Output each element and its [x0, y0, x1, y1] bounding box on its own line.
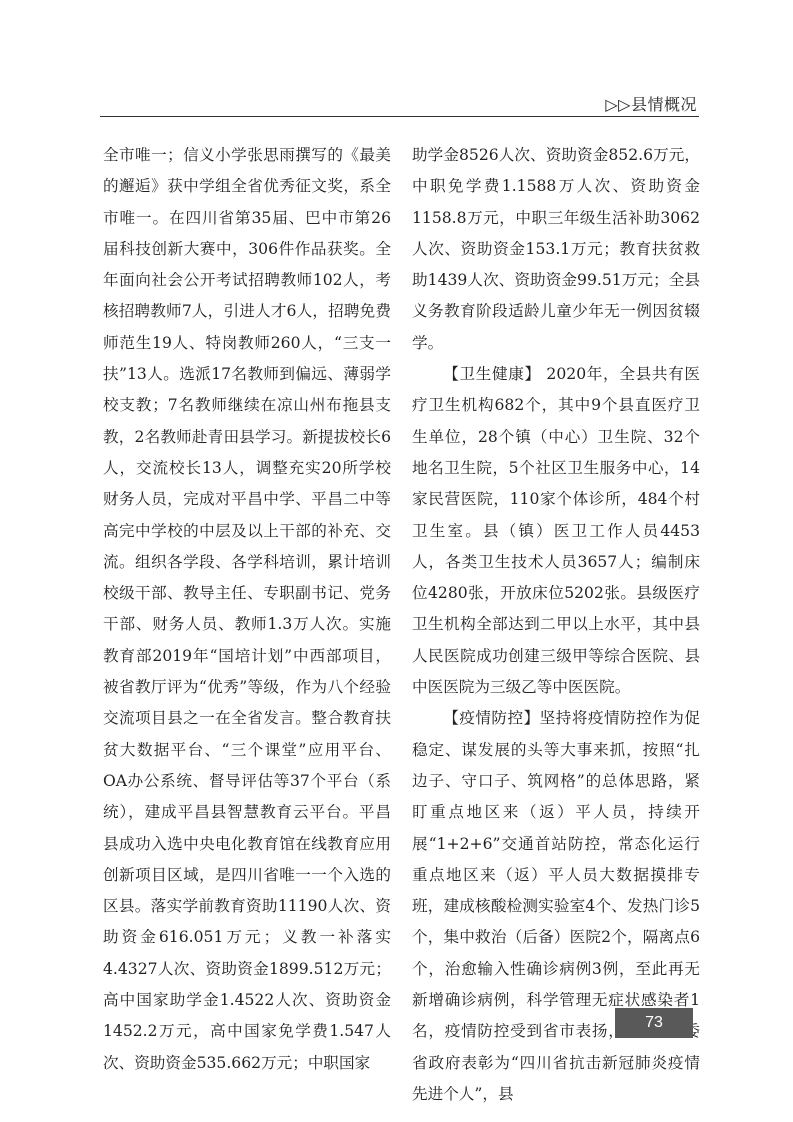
section-heading-health: 【卫生健康】: [443, 365, 541, 383]
epidemic-paragraph: 【疫情防控】坚持将疫情防控作为促稳定、谋发展的头等大事来抓，按照“扎边子、守口子…: [412, 703, 700, 1110]
health-text: 2020年，全县共有医疗卫生机构682个，其中9个县直医疗卫生单位，28个镇（中…: [412, 365, 700, 696]
section-title: ▷▷县情概况: [605, 92, 697, 115]
running-header: ▷▷县情概况: [100, 92, 699, 117]
left-column: 全市唯一；信义小学张思雨撰写的《最美的邂逅》获中学组全省优秀征文奖，系全市唯一。…: [103, 140, 391, 1079]
body-paragraph: 助学金8526人次、资助资金852.6万元，中职免学费1.1588万人次、资助资…: [412, 140, 700, 359]
health-paragraph: 【卫生健康】 2020年，全县共有医疗卫生机构682个，其中9个县直医疗卫生单位…: [412, 359, 700, 703]
body-paragraph: 全市唯一；信义小学张思雨撰写的《最美的邂逅》获中学组全省优秀征文奖，系全市唯一。…: [103, 140, 391, 1079]
section-heading-epidemic: 【疫情防控】: [443, 709, 539, 727]
page-number: 73: [615, 1008, 693, 1038]
epidemic-text: 坚持将疫情防控作为促稳定、谋发展的头等大事来抓，按照“扎边子、守口子、筑网格”的…: [412, 709, 700, 1103]
right-column: 助学金8526人次、资助资金852.6万元，中职免学费1.1588万人次、资助资…: [412, 140, 700, 1110]
